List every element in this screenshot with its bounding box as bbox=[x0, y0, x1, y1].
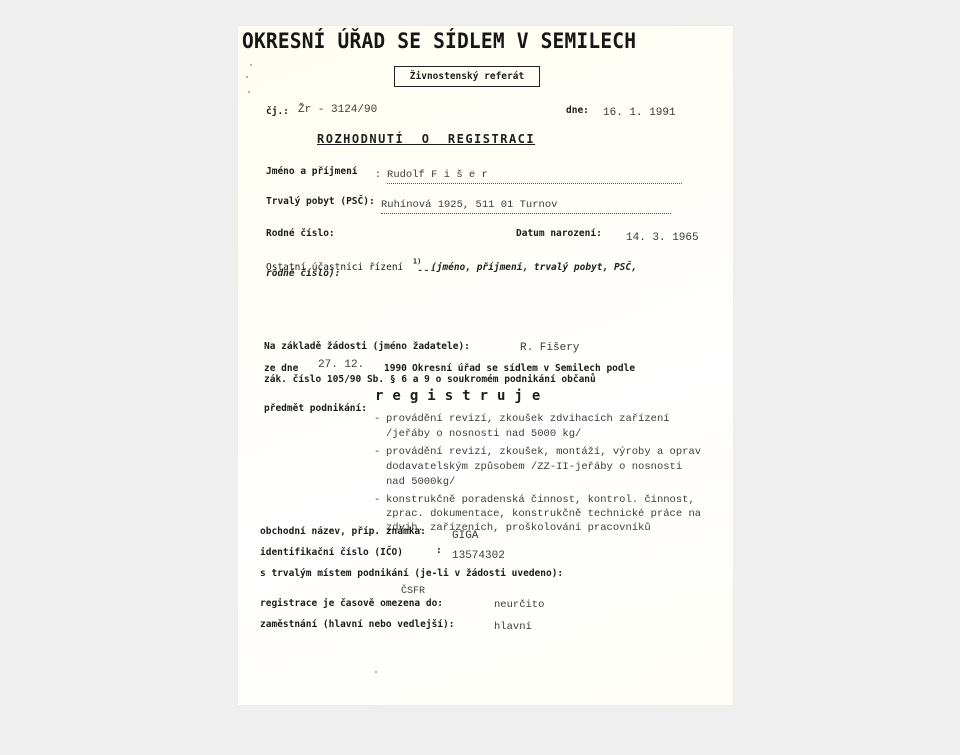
residence-field: Ruhínová 1925, 511 01 Turnov bbox=[381, 194, 671, 214]
reference-label: čj.: bbox=[266, 106, 289, 117]
name-label: Jméno a příjmení bbox=[266, 166, 358, 177]
request-label: Na základě žádosti (jméno žadatele): bbox=[264, 341, 470, 352]
request-date-prefix: ze dne bbox=[264, 363, 298, 374]
place-label: s trvalým místem podnikání (je-li v žádo… bbox=[260, 568, 563, 579]
document-heading: ROZHODNUTÍ O REGISTRACI bbox=[317, 132, 535, 146]
business-item: -provádění revizí, zkoušek zdvihacích za… bbox=[374, 412, 701, 442]
scan-speck bbox=[246, 76, 248, 78]
registration-decision-document: OKRESNÍ ÚŘAD SE SÍDLEM V SEMILECH Živnos… bbox=[238, 26, 733, 705]
business-item: -provádění revizí, zkoušek, montáží, výr… bbox=[374, 445, 701, 490]
ico-value: 13574302 bbox=[452, 550, 505, 562]
request-date-year: 1990 bbox=[384, 363, 407, 374]
scan-speck bbox=[248, 91, 250, 93]
trade-name-value: GIGA bbox=[452, 530, 478, 542]
business-items-list: -provádění revizí, zkoušek zdvihacích za… bbox=[374, 412, 701, 536]
time-limit-label: registrace je časově omezena do: bbox=[260, 598, 443, 609]
name-field: : Rudolf F i š e r bbox=[375, 164, 682, 184]
scan-speck bbox=[250, 64, 252, 66]
other-parties-hint-2: rodné číslo): bbox=[266, 268, 340, 279]
place-value: ČSFR bbox=[401, 584, 425, 599]
other-parties-hint: (jméno, příjmení, trvalý pobyt, PSČ, bbox=[431, 262, 637, 273]
ico-colon: : bbox=[436, 545, 442, 556]
birth-date-label: Datum narození: bbox=[516, 228, 602, 239]
business-subject-label: předmět podnikání: bbox=[264, 403, 367, 414]
employment-label: zaměstnání (hlavní nebo vedlejší): bbox=[260, 619, 454, 630]
residence-label: Trvalý pobyt (PSČ): bbox=[266, 196, 375, 207]
name-value: Rudolf F i š e r bbox=[387, 168, 682, 184]
request-text-line-1: Okresní úřad se sídlem v Semilech podle bbox=[412, 363, 635, 374]
date-label: dne: bbox=[566, 105, 589, 116]
date-value: 16. 1. 1991 bbox=[603, 107, 676, 119]
birth-number-label: Rodné číslo: bbox=[266, 228, 335, 239]
department-stamp: Živnostenský referát bbox=[394, 66, 540, 87]
applicant-name: R. Fišery bbox=[520, 342, 579, 354]
other-parties-value: --- bbox=[417, 264, 436, 279]
office-title: OKRESNÍ ÚŘAD SE SÍDLEM V SEMILECH bbox=[242, 29, 636, 53]
ico-label: identifikační číslo (IČO) bbox=[260, 547, 403, 558]
decision-word: registruje bbox=[375, 388, 549, 404]
reference-number: Žr - 3124/90 bbox=[298, 104, 377, 116]
residence-value: Ruhínová 1925, 511 01 Turnov bbox=[381, 198, 671, 214]
request-date-day-month: 27. 12. bbox=[318, 359, 364, 371]
request-text-line-2: zák. číslo 105/90 Sb. § 6 a 9 o soukromé… bbox=[264, 374, 596, 385]
time-limit-value: neurčito bbox=[494, 598, 544, 613]
trade-name-label: obchodní název, příp. známka: bbox=[260, 526, 426, 537]
employment-value: hlavní bbox=[494, 620, 532, 635]
scan-speck bbox=[375, 671, 377, 673]
birth-date-value: 14. 3. 1965 bbox=[626, 232, 699, 244]
